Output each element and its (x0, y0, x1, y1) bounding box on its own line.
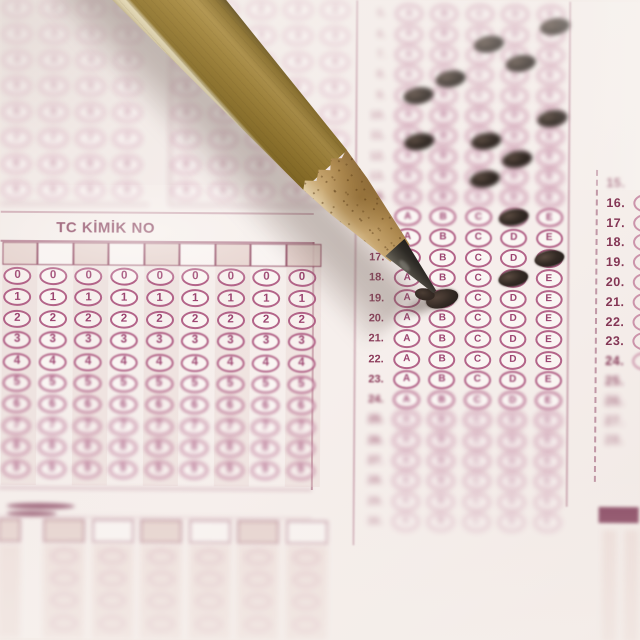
column-stripe (602, 530, 617, 640)
column-stripe (624, 530, 639, 640)
section-header-bar (599, 507, 639, 523)
answer-sheet-photo: 2222333344445555666677778888999922222333… (0, 0, 640, 640)
